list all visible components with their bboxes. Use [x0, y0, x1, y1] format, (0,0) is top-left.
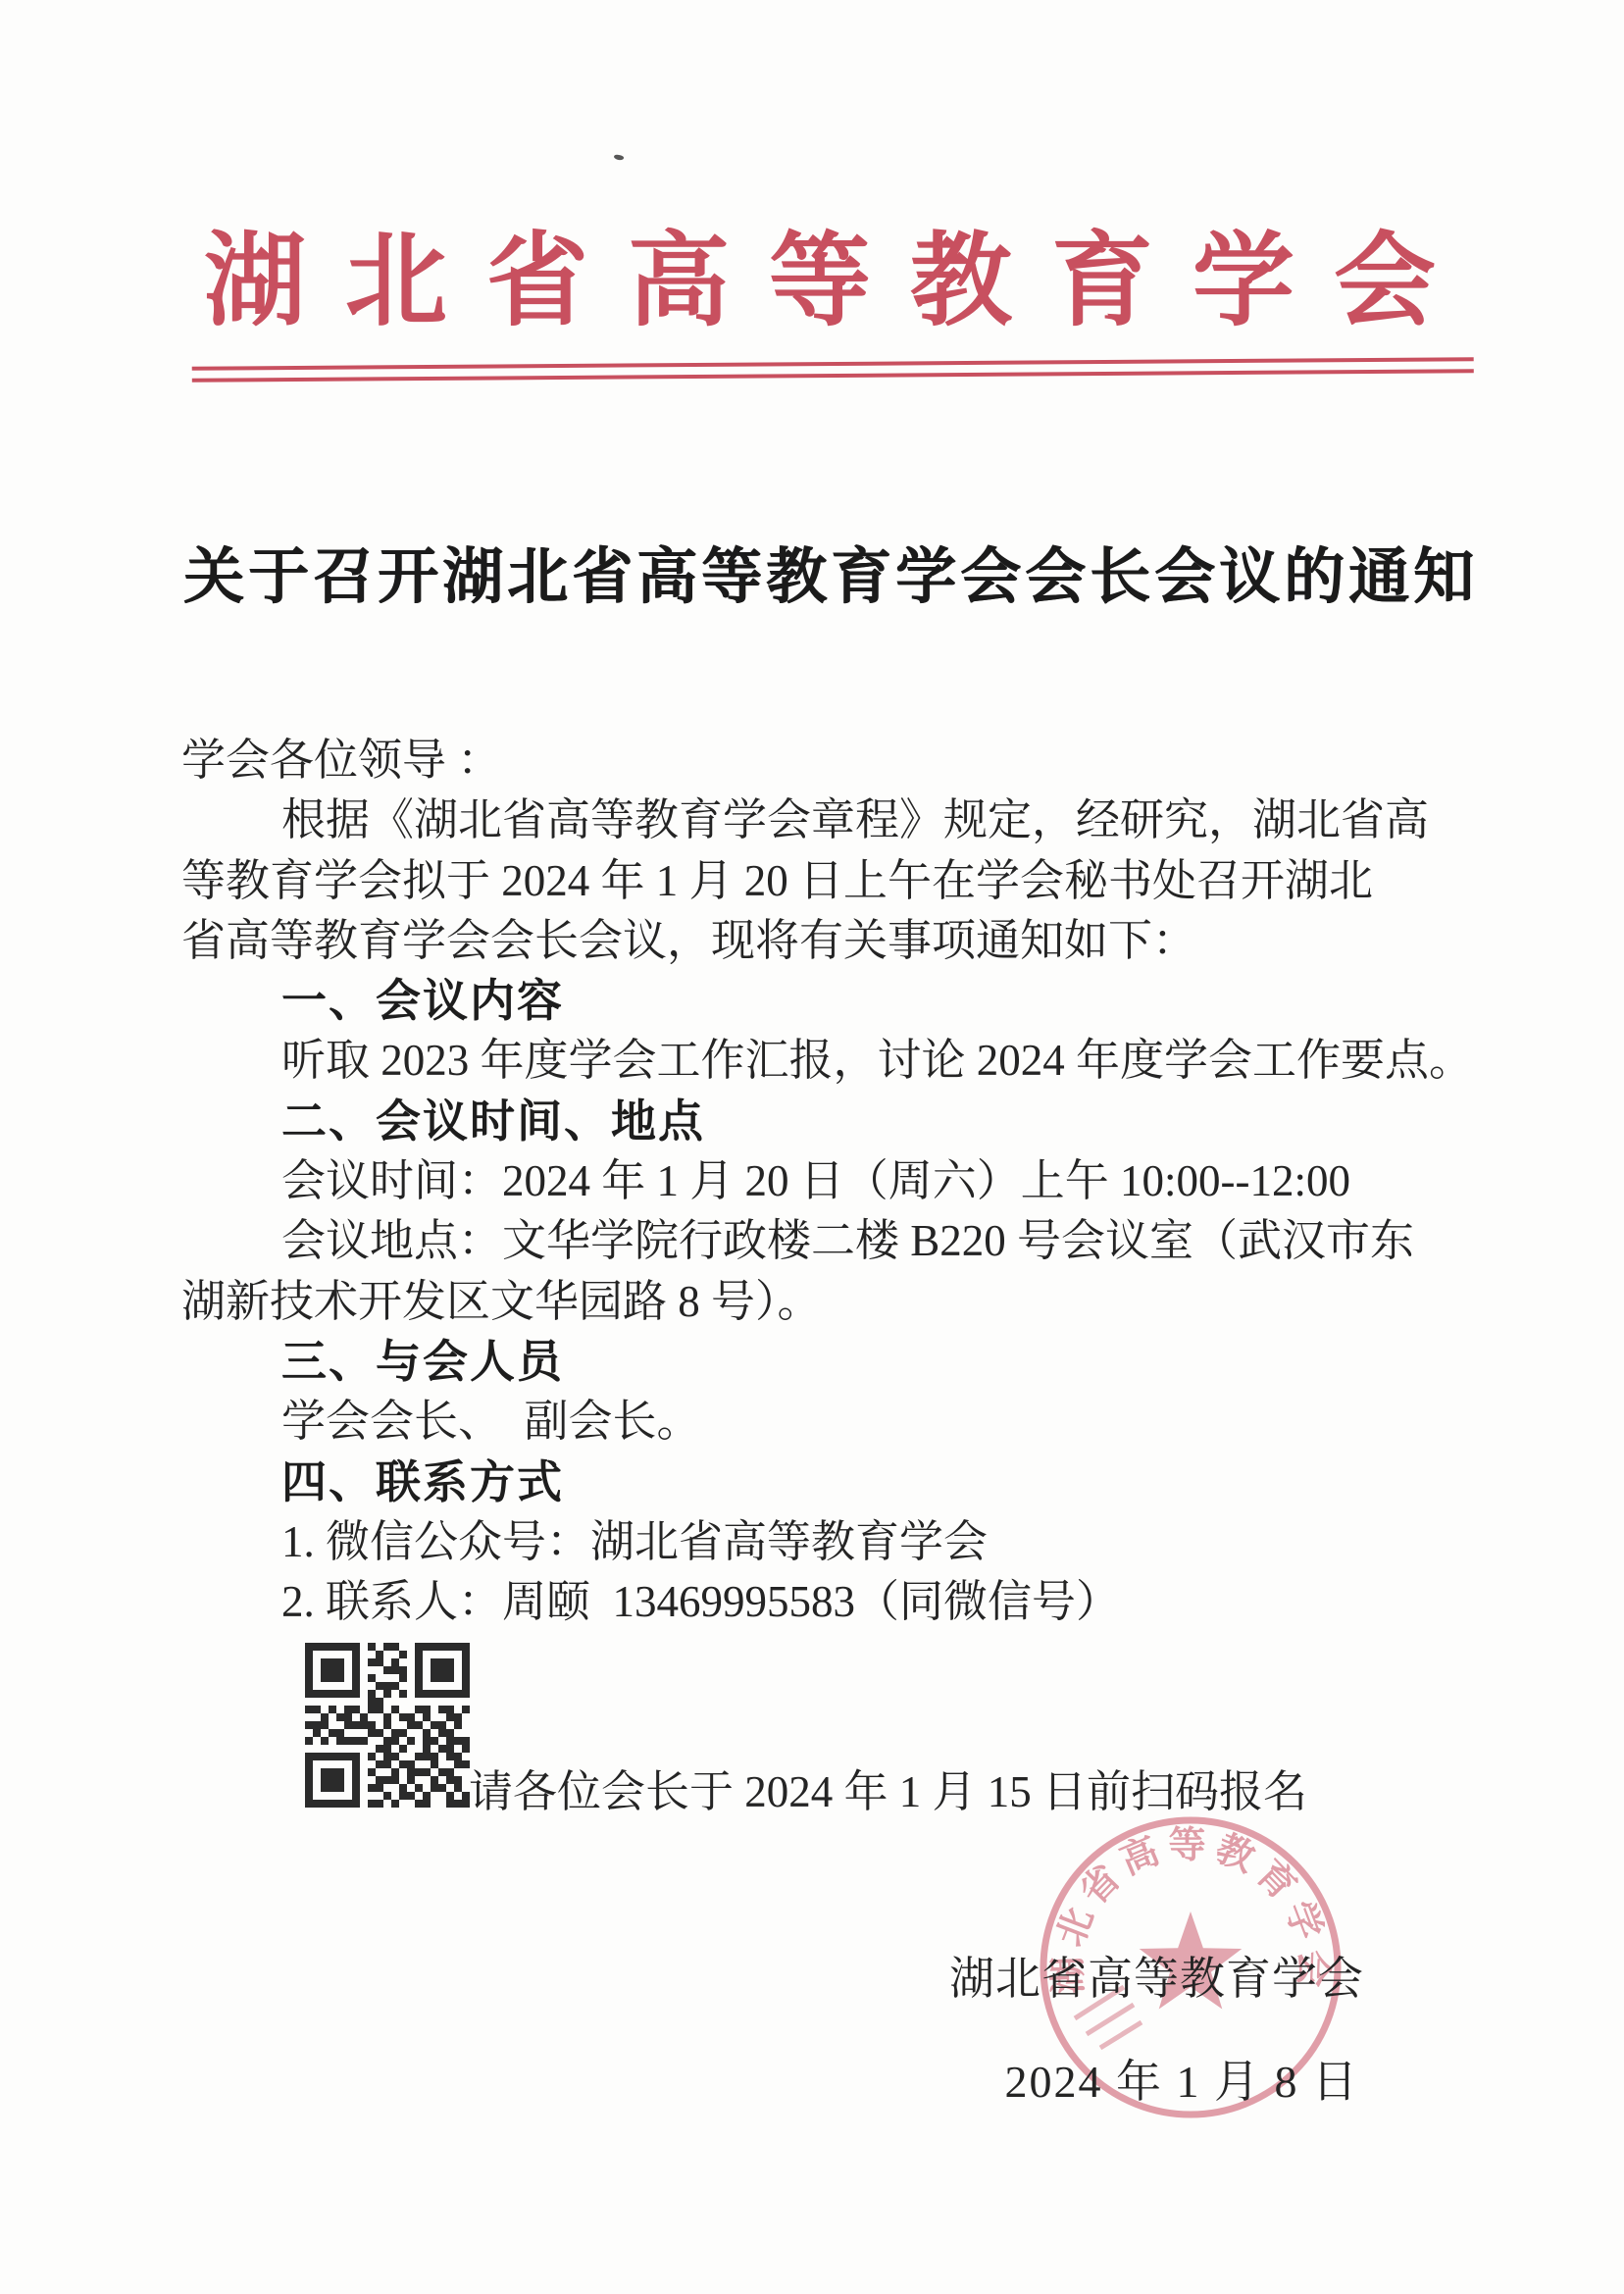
body-line: 根据《湖北省高等教育学会章程》规定，经研究，湖北省高 — [181, 790, 1476, 850]
letterhead-rule-top — [192, 357, 1474, 371]
signature-org: 湖北省高等教育学会 — [949, 1943, 1364, 2008]
body-line: 等教育学会拟于 2024 年 1 月 20 日上午在学会秘书处召开湖北 — [181, 851, 1476, 911]
letterhead-rule-bottom — [192, 369, 1474, 382]
section-heading-1: 一、会议内容 — [181, 971, 1476, 1031]
letterhead-org-title: 湖北省高等教育学会 — [0, 228, 1624, 337]
body-line: 省高等教育学会会长会议，现将有关事项通知如下： — [181, 911, 1476, 971]
section-heading-4: 四、联系方式 — [181, 1453, 1476, 1512]
scanned-notice-page: 湖北省高等教育学会 关于召开湖北省高等教育学会会长会议的通知 学会各位领导 ： … — [0, 0, 1624, 2294]
qr-caption: 请各位会长于 2024 年 1 月 15 日前扫码报名 — [469, 1767, 1307, 1816]
meeting-time-line: 会议时间：2024 年 1 月 20 日（周六）上午 10:00--12:00 — [181, 1151, 1476, 1211]
salutation-line: 学会各位领导 ： — [181, 731, 1476, 790]
body-line: 学会会长、 副会长。 — [181, 1392, 1476, 1452]
section-heading-3: 三、与会人员 — [181, 1332, 1476, 1392]
wechat-account-line: 1. 微信公众号：湖北省高等教育学会 — [181, 1512, 1476, 1572]
body-line: 听取 2023 年度学会工作汇报，讨论 2024 年度学会工作要点。 — [181, 1031, 1476, 1091]
contact-person-line: 2. 联系人：周颐 13469995583（同微信号） — [181, 1572, 1476, 1632]
notice-body: 学会各位领导 ： 根据《湖北省高等教育学会章程》规定，经研究，湖北省高 等教育学… — [181, 731, 1476, 1632]
signature-date: 2024 年 1 月 8 日 — [1005, 2046, 1360, 2111]
qr-code — [305, 1643, 470, 1808]
letterhead-rules — [189, 0, 1471, 5]
notice-title: 关于召开湖北省高等教育学会会长会议的通知 — [0, 528, 1624, 615]
body-line: 湖新技术开发区文华园路 8 号）。 — [181, 1272, 1476, 1332]
scan-artifact-speck — [614, 154, 625, 161]
meeting-place-line: 会议地点：文华学院行政楼二楼 B220 号会议室（武汉市东 — [181, 1211, 1476, 1271]
section-heading-2: 二、会议时间、地点 — [181, 1092, 1476, 1151]
